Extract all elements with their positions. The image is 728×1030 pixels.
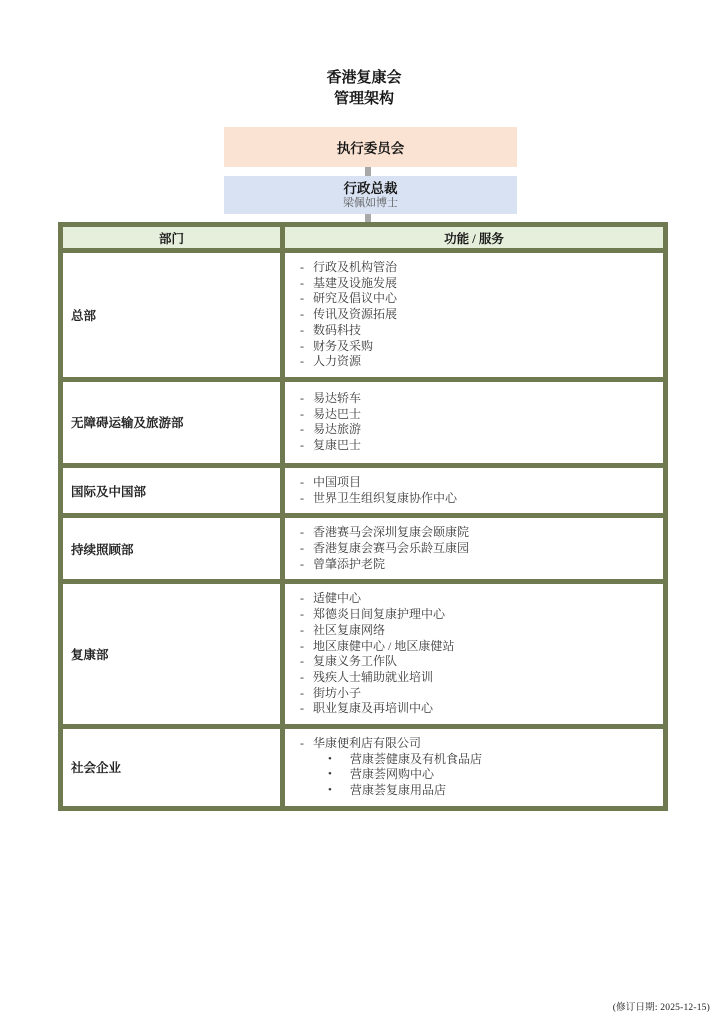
service-item: 社区复康网络 [300, 623, 657, 639]
service-item: 基建及设施发展 [300, 276, 657, 292]
service-item: 数码科技 [300, 323, 657, 339]
service-subitem: 营康荟复康用品店 [328, 783, 657, 799]
page-title: 香港复康会 管理架构 [0, 68, 728, 110]
department-structure-table: 部门 功能 / 服务 总部行政及机构管治基建及设施发展研究及倡议中心传讯及资源拓… [58, 222, 668, 811]
service-item: 职业复康及再培训中心 [300, 701, 657, 717]
department-cell: 复康部 [61, 582, 283, 727]
services-cell: 华康便利店有限公司营康荟健康及有机食品店营康荟网购中心营康荟复康用品店 [283, 727, 666, 809]
service-item: 曾肇添护老院 [300, 557, 657, 573]
services-list: 华康便利店有限公司营康荟健康及有机食品店营康荟网购中心营康荟复康用品店 [300, 736, 657, 799]
service-item: 复康义务工作队 [300, 654, 657, 670]
service-item: 易达轿车 [300, 391, 657, 407]
table-row: 持续照顾部香港赛马会深圳复康会颐康院香港复康会赛马会乐龄互康园曾肇添护老院 [61, 516, 666, 582]
department-cell: 无障碍运输及旅游部 [61, 379, 283, 465]
table-header-row: 部门 功能 / 服务 [61, 225, 666, 251]
service-item: 香港赛马会深圳复康会颐康院 [300, 525, 657, 541]
service-item: 街坊小子 [300, 686, 657, 702]
service-item: 中国项目 [300, 475, 657, 491]
ceo-box: 行政总裁 梁佩如博士 [224, 176, 517, 214]
service-item: 复康巴士 [300, 438, 657, 454]
services-cell: 行政及机构管治基建及设施发展研究及倡议中心传讯及资源拓展数码科技财务及采购人力资… [283, 251, 666, 380]
service-item: 财务及采购 [300, 339, 657, 355]
service-item: 世界卫生组织复康协作中心 [300, 491, 657, 507]
services-list: 香港赛马会深圳复康会颐康院香港复康会赛马会乐龄互康园曾肇添护老院 [300, 525, 657, 572]
page-title-line2: 管理架构 [0, 89, 728, 110]
service-subitem: 营康荟网购中心 [328, 767, 657, 783]
department-cell: 国际及中国部 [61, 465, 283, 515]
service-subitem-list: 营康荟健康及有机食品店营康荟网购中心营康荟复康用品店 [300, 752, 657, 799]
services-cell: 易达轿车易达巴士易达旅游复康巴士 [283, 379, 666, 465]
page-title-line1: 香港复康会 [0, 68, 728, 89]
services-list: 适健中心郑德炎日间复康护理中心社区复康网络地区康健中心 / 地区康健站复康义务工… [300, 591, 657, 717]
services-cell: 香港赛马会深圳复康会颐康院香港复康会赛马会乐龄互康园曾肇添护老院 [283, 516, 666, 582]
column-header-department: 部门 [61, 225, 283, 251]
ceo-name: 梁佩如博士 [343, 197, 398, 210]
department-cell: 持续照顾部 [61, 516, 283, 582]
service-subitem: 营康荟健康及有机食品店 [328, 752, 657, 768]
services-cell: 适健中心郑德炎日间复康护理中心社区复康网络地区康健中心 / 地区康健站复康义务工… [283, 582, 666, 727]
service-item: 行政及机构管治 [300, 260, 657, 276]
service-item: 适健中心 [300, 591, 657, 607]
service-item: 传讯及资源拓展 [300, 307, 657, 323]
service-item: 残疾人士辅助就业培训 [300, 670, 657, 686]
service-item: 地区康健中心 / 地区康健站 [300, 639, 657, 655]
table-row: 社会企业华康便利店有限公司营康荟健康及有机食品店营康荟网购中心营康荟复康用品店 [61, 727, 666, 809]
service-item: 郑德炎日间复康护理中心 [300, 607, 657, 623]
table-row: 总部行政及机构管治基建及设施发展研究及倡议中心传讯及资源拓展数码科技财务及采购人… [61, 251, 666, 380]
service-item: 人力资源 [300, 354, 657, 370]
table-row: 无障碍运输及旅游部易达轿车易达巴士易达旅游复康巴士 [61, 379, 666, 465]
services-list: 中国项目世界卫生组织复康协作中心 [300, 475, 657, 506]
service-item: 华康便利店有限公司 [300, 736, 657, 752]
department-cell: 总部 [61, 251, 283, 380]
executive-committee-box: 执行委员会 [224, 127, 517, 167]
service-item: 易达旅游 [300, 422, 657, 438]
table-row: 国际及中国部中国项目世界卫生组织复康协作中心 [61, 465, 666, 515]
services-list: 易达轿车易达巴士易达旅游复康巴士 [300, 391, 657, 454]
column-header-services: 功能 / 服务 [283, 225, 666, 251]
revision-date-note: (修订日期: 2025-12-15) [613, 999, 710, 1013]
executive-committee-label: 执行委员会 [337, 137, 405, 157]
service-item: 易达巴士 [300, 407, 657, 423]
department-cell: 社会企业 [61, 727, 283, 809]
service-item: 香港复康会赛马会乐龄互康园 [300, 541, 657, 557]
services-cell: 中国项目世界卫生组织复康协作中心 [283, 465, 666, 515]
services-list: 行政及机构管治基建及设施发展研究及倡议中心传讯及资源拓展数码科技财务及采购人力资… [300, 260, 657, 370]
ceo-title: 行政总裁 [344, 181, 398, 197]
org-chart-connector-top [365, 167, 371, 176]
table-row: 复康部适健中心郑德炎日间复康护理中心社区复康网络地区康健中心 / 地区康健站复康… [61, 582, 666, 727]
service-item: 研究及倡议中心 [300, 291, 657, 307]
